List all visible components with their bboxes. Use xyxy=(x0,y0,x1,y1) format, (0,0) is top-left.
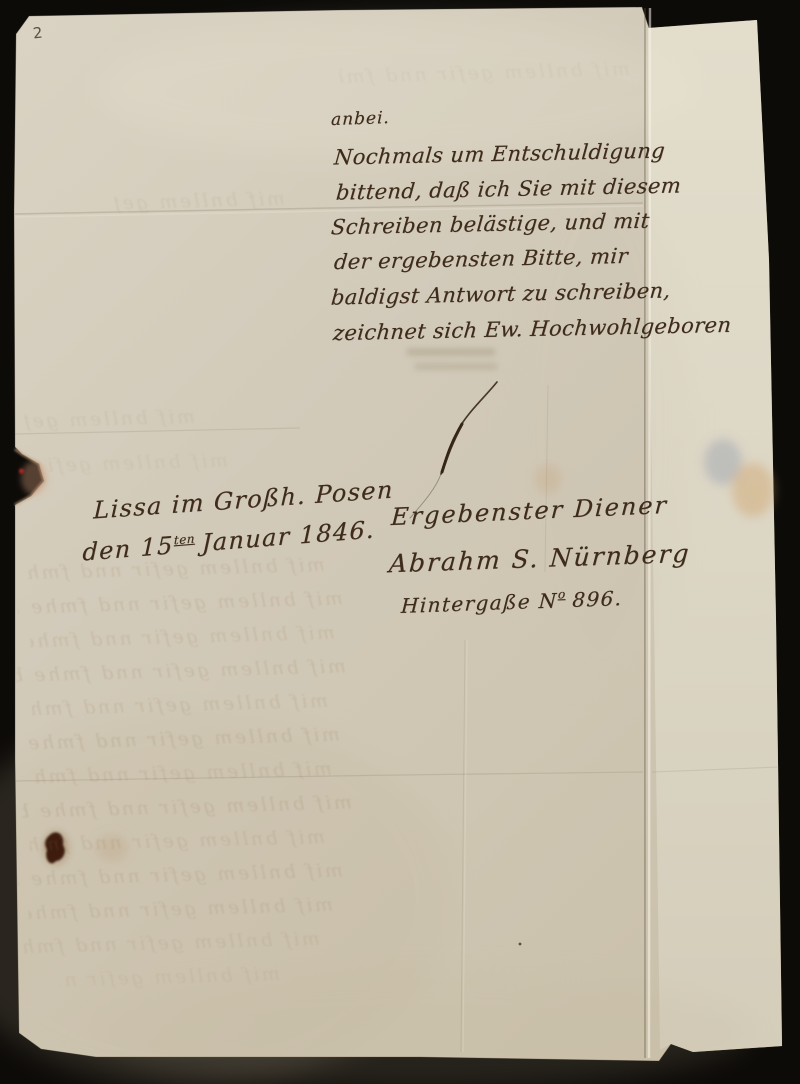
ghost-stamp-line-2 xyxy=(414,363,498,370)
spacer xyxy=(195,551,202,552)
address-number: 896. xyxy=(572,586,623,612)
stain-tan-flap xyxy=(732,463,774,517)
seal-discoloration xyxy=(21,461,47,495)
scanned-letter-page: mif bnllem gefir nnd fmhe billnm der gnf… xyxy=(0,0,800,1084)
dateline-ordinal: ten xyxy=(174,532,195,548)
ghost-stamp-line-1 xyxy=(406,348,496,356)
ink-speck xyxy=(519,943,522,946)
seal-red-remnant xyxy=(19,468,24,473)
stain-faint-center xyxy=(535,464,561,494)
fold-line-vertical-main-shadow xyxy=(645,8,646,1058)
folio-number: 2 xyxy=(32,24,43,43)
stain-faint-right-of-blob xyxy=(96,834,128,862)
fold-line-vertical-main-highlight xyxy=(649,8,650,1058)
letter-opening: anbei. xyxy=(331,108,391,130)
address-ordinal: o xyxy=(558,587,566,601)
